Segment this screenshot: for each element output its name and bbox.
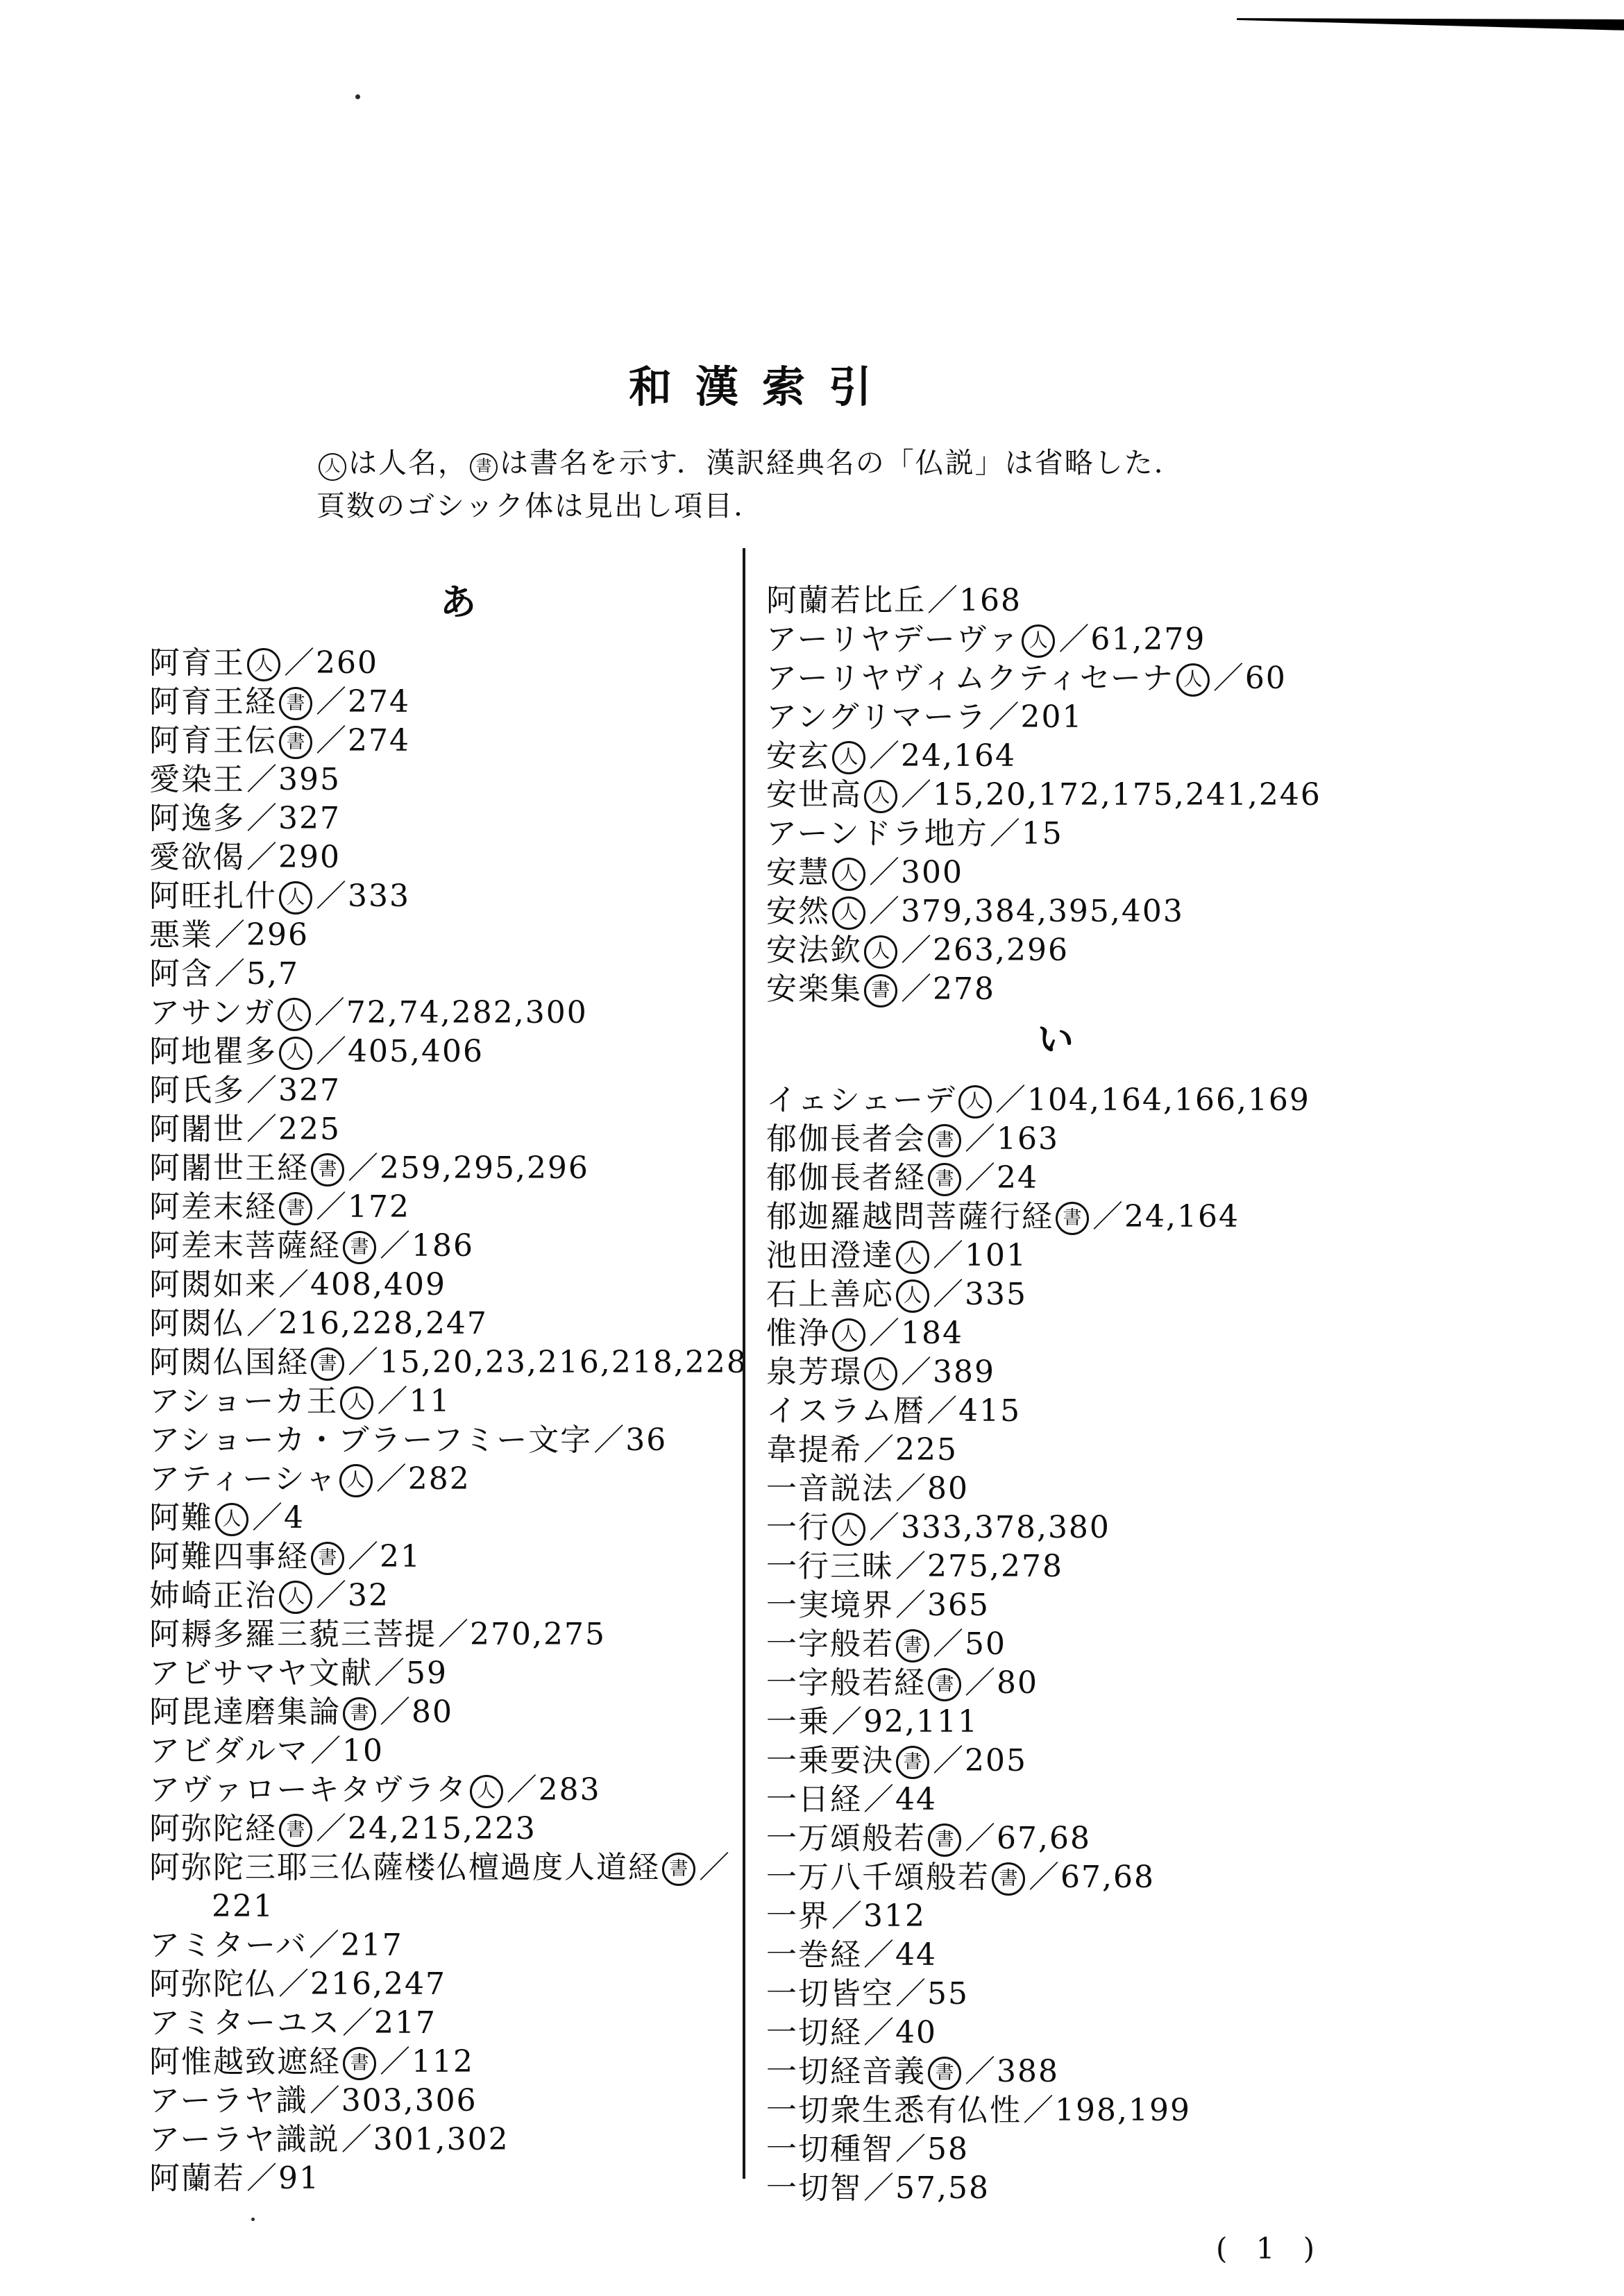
intro-line-2: 頁数のゴシック体は見出し項目． bbox=[316, 484, 1184, 527]
entry-term: アーリヤデーヴァ bbox=[766, 622, 1020, 657]
slash-separator: ／ bbox=[895, 1976, 926, 2012]
slash-separator: ／ bbox=[901, 777, 931, 813]
slash-separator: ／ bbox=[1092, 1199, 1123, 1234]
entry-pages: 24 bbox=[997, 1160, 1038, 1196]
slash-separator: ／ bbox=[314, 995, 345, 1030]
entry-term: 一切皆空 bbox=[766, 1976, 894, 2012]
entry-pages: 80 bbox=[927, 1471, 969, 1506]
entry-pages: 205 bbox=[965, 1743, 1027, 1778]
book-marker-icon: 書 bbox=[343, 1231, 376, 1264]
slash-separator: ／ bbox=[246, 1112, 277, 1147]
index-column-right: 阿蘭若比丘／168アーリヤデーヴァ人／61,279アーリヤヴィムクティセーナ人／… bbox=[766, 581, 1606, 2208]
entry-term: 愛欲偈 bbox=[149, 840, 245, 875]
entry-term: 阿閦仏国経 bbox=[149, 1345, 309, 1380]
entry-pages: 58 bbox=[927, 2132, 969, 2167]
entry-term: 一音説法 bbox=[766, 1471, 894, 1506]
book-marker-icon: 書 bbox=[992, 1862, 1025, 1896]
entry-term: 阿差末経 bbox=[149, 1189, 277, 1225]
slash-separator: ／ bbox=[863, 1782, 894, 1817]
slash-separator: ／ bbox=[901, 1354, 931, 1390]
slash-separator: ／ bbox=[341, 2122, 372, 2157]
index-entry: 姉崎正治人／32 bbox=[149, 1576, 746, 1615]
book-marker-icon: 書 bbox=[928, 2057, 961, 2090]
entry-pages: 11 bbox=[409, 1384, 450, 1419]
entry-pages: 300 bbox=[901, 855, 963, 890]
slash-separator: ／ bbox=[246, 801, 277, 836]
slash-separator: ／ bbox=[965, 1121, 995, 1157]
index-entry: 安法欽人／263,296 bbox=[766, 931, 1606, 970]
entry-term: 阿氏多 bbox=[149, 1073, 245, 1108]
slash-separator: ／ bbox=[342, 2005, 373, 2041]
entry-pages: 163 bbox=[997, 1121, 1059, 1157]
book-marker-icon: 書 bbox=[279, 687, 312, 720]
entry-pages: 40 bbox=[895, 2015, 937, 2050]
slash-separator: ／ bbox=[380, 1694, 410, 1730]
scan-speckle bbox=[355, 94, 360, 99]
index-entry: アティーシャ人／282 bbox=[149, 1460, 746, 1499]
index-entry: 阿弥陀三耶三仏薩楼仏檀過度人道経書／ bbox=[149, 1848, 746, 1887]
entry-term: アーラヤ識説 bbox=[149, 2122, 340, 2157]
entry-term: 阿閦仏 bbox=[149, 1306, 245, 1341]
entry-pages: 10 bbox=[342, 1733, 384, 1769]
book-marker-icon: 書 bbox=[896, 1746, 929, 1779]
entry-term: 姉崎正治 bbox=[149, 1578, 277, 1613]
person-marker-icon: 人 bbox=[1022, 624, 1055, 658]
index-entry: 一字般若書／50 bbox=[766, 1625, 1606, 1664]
entry-term: 一日経 bbox=[766, 1782, 862, 1817]
entry-pages: 274 bbox=[348, 684, 410, 720]
person-marker-icon: 人 bbox=[278, 998, 311, 1031]
entry-term: 阿弥陀仏 bbox=[149, 1966, 277, 2002]
entry-term: 一切経 bbox=[766, 2015, 862, 2050]
index-entry: 石上善応人／335 bbox=[766, 1275, 1606, 1314]
slash-separator: ／ bbox=[316, 878, 346, 914]
entry-pages: 388 bbox=[997, 2054, 1059, 2089]
index-entry: 一切皆空／55 bbox=[766, 1975, 1606, 2014]
entry-pages: 72,74,282,300 bbox=[346, 995, 588, 1030]
entry-pages: 260 bbox=[316, 645, 378, 681]
index-entry: 一切種智／58 bbox=[766, 2130, 1606, 2169]
index-entry: 泉芳璟人／389 bbox=[766, 1353, 1606, 1392]
book-marker-icon: 書 bbox=[864, 974, 897, 1007]
book-marker-icon: 書 bbox=[311, 1153, 344, 1187]
entry-term: 阿育王 bbox=[149, 645, 245, 681]
entry-term: 阿弥陀経 bbox=[149, 1811, 277, 1846]
entry-term: 一界 bbox=[766, 1898, 830, 1934]
entry-term: 阿難 bbox=[149, 1500, 213, 1536]
entry-term: 一切智 bbox=[766, 2170, 862, 2206]
slash-separator: ／ bbox=[901, 971, 931, 1007]
entry-term: 石上善応 bbox=[766, 1277, 894, 1312]
person-marker-icon: 人 bbox=[832, 858, 865, 891]
entry-pages: 67,68 bbox=[1060, 1860, 1155, 1895]
book-marker-icon: 書 bbox=[279, 726, 312, 759]
index-entry: 安楽集書／278 bbox=[766, 970, 1606, 1009]
book-marker-icon: 書 bbox=[343, 2047, 376, 2080]
entry-pages: 172 bbox=[348, 1189, 410, 1225]
entry-pages: 333 bbox=[348, 878, 410, 914]
entry-pages: 50 bbox=[965, 1626, 1006, 1662]
index-entry: 一巻経／44 bbox=[766, 1936, 1606, 1975]
slash-separator: ／ bbox=[933, 1238, 963, 1273]
index-entry: 一行三昧／275,278 bbox=[766, 1547, 1606, 1586]
slash-separator: ／ bbox=[965, 2054, 995, 2089]
entry-term: 阿育王経 bbox=[149, 684, 277, 720]
slash-separator: ／ bbox=[309, 1928, 339, 1963]
slash-separator: ／ bbox=[278, 1267, 309, 1302]
index-entry: 阿闍世王経書／259,295,296 bbox=[149, 1149, 746, 1188]
slash-separator: ／ bbox=[699, 1850, 729, 1885]
entry-pages: 270,275 bbox=[470, 1617, 606, 1652]
entry-pages: 303,306 bbox=[341, 2083, 477, 2118]
slash-separator: ／ bbox=[374, 1656, 405, 1691]
slash-separator: ／ bbox=[869, 1316, 899, 1351]
index-entry: アサンガ人／72,74,282,300 bbox=[149, 994, 746, 1032]
index-entry: アショーカ・ブラーフミー文字／36 bbox=[149, 1421, 746, 1460]
entry-pages: 112 bbox=[412, 2044, 474, 2080]
index-entry: 阿氏多／327 bbox=[149, 1071, 746, 1110]
entry-term: 池田澄達 bbox=[766, 1238, 894, 1273]
entry-pages: 275,278 bbox=[927, 1549, 1063, 1584]
index-entry: 阿蘭若比丘／168 bbox=[766, 581, 1606, 620]
entry-term: アビサマヤ文献 bbox=[149, 1656, 373, 1691]
index-entry: アヴァローキタヴラタ人／283 bbox=[149, 1771, 746, 1810]
slash-separator: ／ bbox=[310, 1733, 341, 1769]
index-entry: 安世高人／15,20,172,175,241,246 bbox=[766, 776, 1606, 815]
intro-note: 人は人名，書は書名を示す．漢訳経典名の「仏説」は省略した． 頁数のゴシック体は見… bbox=[316, 441, 1184, 527]
index-entry: 郁伽長者経書／24 bbox=[766, 1159, 1606, 1198]
index-entry: 阿差末経書／172 bbox=[149, 1188, 746, 1227]
slash-separator: ／ bbox=[310, 2083, 340, 2118]
slash-separator: ／ bbox=[933, 1277, 963, 1312]
entry-pages: 44 bbox=[895, 1937, 937, 1973]
index-entry: 一行人／333,378,380 bbox=[766, 1508, 1606, 1547]
index-entry: 阿耨多羅三藐三菩提／270,275 bbox=[149, 1615, 746, 1654]
entry-pages: 327 bbox=[278, 1073, 341, 1108]
index-entry: 阿難四事経書／21 bbox=[149, 1538, 746, 1576]
entry-term: アビダルマ bbox=[149, 1733, 309, 1769]
index-entry: 一切衆生悉有仏性／198,199 bbox=[766, 2091, 1606, 2130]
entry-pages: 274 bbox=[348, 723, 410, 758]
person-marker-icon: 人 bbox=[896, 1279, 929, 1313]
slash-separator: ／ bbox=[933, 1743, 963, 1778]
book-marker-icon: 書 bbox=[662, 1853, 695, 1886]
entry-term: イスラム暦 bbox=[766, 1393, 925, 1429]
book-marker-icon: 書 bbox=[928, 1823, 961, 1857]
person-marker-icon: 人 bbox=[319, 453, 346, 481]
index-entry: 愛欲偈／290 bbox=[149, 838, 746, 877]
index-entry: 一字般若経書／80 bbox=[766, 1664, 1606, 1703]
index-entry: 安慧人／300 bbox=[766, 853, 1606, 892]
slash-separator: ／ bbox=[380, 2044, 410, 2080]
book-marker-icon: 書 bbox=[928, 1163, 961, 1196]
entry-pages: 80 bbox=[412, 1694, 453, 1730]
index-entry: 阿閦如来／408,409 bbox=[149, 1266, 746, 1304]
entry-pages: 57,58 bbox=[895, 2170, 990, 2206]
entry-pages: 80 bbox=[997, 1665, 1038, 1701]
slash-separator: ／ bbox=[1058, 622, 1089, 657]
entry-term: 郁迦羅越問菩薩行経 bbox=[766, 1199, 1054, 1234]
person-marker-icon: 人 bbox=[279, 1581, 312, 1614]
person-marker-icon: 人 bbox=[832, 741, 865, 774]
slash-separator: ／ bbox=[1029, 1860, 1059, 1895]
slash-separator: ／ bbox=[869, 738, 899, 774]
index-entry: イェシェーデ人／104,164,166,169 bbox=[766, 1081, 1606, 1120]
entry-pages: 335 bbox=[965, 1277, 1027, 1312]
index-entry: 一万頌般若書／67,68 bbox=[766, 1819, 1606, 1858]
entry-term: 一乗 bbox=[766, 1704, 830, 1740]
index-entry: 阿閦仏国経書／15,20,23,216,218,228 bbox=[149, 1343, 746, 1382]
slash-separator: ／ bbox=[246, 1073, 277, 1108]
slash-separator: ／ bbox=[863, 2170, 894, 2206]
slash-separator: ／ bbox=[831, 1704, 862, 1740]
book-marker-icon: 書 bbox=[343, 1697, 376, 1730]
intro-text: は人名， bbox=[348, 446, 468, 479]
entry-term: 阿惟越致遮経 bbox=[149, 2044, 341, 2080]
scan-speckle bbox=[251, 2218, 255, 2221]
entry-pages: 282 bbox=[408, 1461, 471, 1497]
entry-pages: 216,228,247 bbox=[278, 1306, 488, 1341]
entry-term: アーンドラ地方 bbox=[766, 816, 988, 851]
person-marker-icon: 人 bbox=[340, 1386, 373, 1420]
index-entry: 惟浄人／184 bbox=[766, 1314, 1606, 1353]
index-entry: アーンドラ地方／15 bbox=[766, 815, 1606, 853]
entry-pages: 15 bbox=[1022, 816, 1063, 851]
entry-term: 阿閦如来 bbox=[149, 1267, 277, 1302]
entry-term: 阿育王伝 bbox=[149, 723, 277, 758]
person-marker-icon: 人 bbox=[247, 648, 280, 681]
index-entry: アミターバ／217 bbox=[149, 1926, 746, 1965]
slash-separator: ／ bbox=[895, 1471, 926, 1506]
slash-separator: ／ bbox=[895, 1588, 926, 1623]
index-entry: アーラヤ識／303,306 bbox=[149, 2082, 746, 2120]
entry-term: 安世高 bbox=[766, 777, 862, 813]
entry-term: 安楽集 bbox=[766, 971, 862, 1007]
slash-separator: ／ bbox=[316, 684, 346, 720]
entry-pages: 24,164 bbox=[1124, 1199, 1240, 1234]
slash-separator: ／ bbox=[246, 1306, 277, 1341]
index-entry: 阿惟越致遮経書／112 bbox=[149, 2043, 746, 2082]
entry-term: 阿地瞿多 bbox=[149, 1034, 277, 1069]
slash-separator: ／ bbox=[316, 1578, 346, 1613]
entry-term: 阿闍世王経 bbox=[149, 1150, 309, 1186]
entry-pages: 283 bbox=[539, 1772, 601, 1808]
entry-pages: 21 bbox=[380, 1539, 421, 1574]
entry-pages: 198,199 bbox=[1055, 2093, 1191, 2128]
entry-term: 阿毘達磨集論 bbox=[149, 1694, 341, 1730]
index-entry: 阿闍世／225 bbox=[149, 1110, 746, 1149]
slash-separator: ／ bbox=[869, 855, 899, 890]
entry-term: アショーカ王 bbox=[149, 1384, 338, 1419]
book-marker-icon: 書 bbox=[928, 1124, 961, 1157]
index-entry: 愛染王／395 bbox=[149, 760, 746, 799]
index-entry: 一切智／57,58 bbox=[766, 2169, 1606, 2208]
index-entry: 一日経／44 bbox=[766, 1780, 1606, 1819]
index-entry: アビサマヤ文献／59 bbox=[149, 1654, 746, 1693]
slash-separator: ／ bbox=[1213, 661, 1244, 696]
index-entry: アーリヤデーヴァ人／61,279 bbox=[766, 620, 1606, 659]
entry-pages: 221 bbox=[212, 1889, 274, 1924]
entry-term: 一実境界 bbox=[766, 1588, 894, 1623]
index-entry: 阿蘭若／91 bbox=[149, 2159, 746, 2198]
slash-separator: ／ bbox=[316, 723, 346, 758]
entry-term: アーラヤ識 bbox=[149, 2083, 308, 2118]
entry-term: アングリマーラ bbox=[766, 699, 987, 735]
book-marker-icon: 書 bbox=[1056, 1202, 1089, 1235]
entry-pages: 61,279 bbox=[1090, 622, 1206, 657]
entry-pages: 36 bbox=[625, 1422, 667, 1458]
entry-pages: 278 bbox=[933, 971, 995, 1007]
entry-term: 阿弥陀三耶三仏薩楼仏檀過度人道経 bbox=[149, 1850, 660, 1885]
entry-term: アショーカ・ブラーフミー文字 bbox=[149, 1422, 592, 1458]
slash-separator: ／ bbox=[965, 1665, 995, 1701]
index-entry: 一乗／92,111 bbox=[766, 1703, 1606, 1742]
entry-term: 阿難四事経 bbox=[149, 1539, 309, 1574]
index-entry: 阿育王伝書／274 bbox=[149, 722, 746, 760]
entry-pages: 379,384,395,403 bbox=[901, 894, 1184, 929]
page-title: 和漢索引 bbox=[629, 352, 895, 414]
slash-separator: ／ bbox=[507, 1772, 537, 1808]
entry-term: 一切種智 bbox=[766, 2132, 894, 2167]
slash-separator: ／ bbox=[348, 1150, 378, 1186]
index-entry: 阿育王人／260 bbox=[149, 644, 746, 683]
slash-separator: ／ bbox=[988, 699, 1019, 735]
slash-separator: ／ bbox=[246, 840, 277, 875]
book-marker-icon: 書 bbox=[311, 1347, 344, 1381]
index-entry: イスラム暦／415 bbox=[766, 1392, 1606, 1431]
person-marker-icon: 人 bbox=[864, 1357, 897, 1391]
slash-separator: ／ bbox=[965, 1160, 995, 1196]
index-entry: 阿弥陀仏／216,247 bbox=[149, 1965, 746, 2004]
entry-term: 郁伽長者会 bbox=[766, 1121, 926, 1157]
slash-separator: ／ bbox=[380, 1228, 410, 1264]
entry-term: 阿蘭若 bbox=[149, 2161, 245, 2196]
section-header: い bbox=[766, 1020, 1606, 1060]
entry-pages: 263,296 bbox=[933, 933, 1069, 968]
index-entry: 阿弥陀経書／24,215,223 bbox=[149, 1810, 746, 1848]
entry-pages: 327 bbox=[278, 801, 341, 836]
index-column-left: あ阿育王人／260阿育王経書／274阿育王伝書／274愛染王／395阿逸多／32… bbox=[149, 583, 746, 2198]
slash-separator: ／ bbox=[214, 917, 245, 953]
person-marker-icon: 人 bbox=[864, 935, 897, 969]
entry-pages: 333,378,380 bbox=[901, 1510, 1110, 1545]
entry-term: 阿含 bbox=[149, 956, 213, 992]
entry-pages: 296 bbox=[246, 917, 309, 953]
person-marker-icon: 人 bbox=[215, 1503, 248, 1536]
entry-pages: 405,406 bbox=[348, 1034, 484, 1069]
book-marker-icon: 書 bbox=[470, 453, 498, 481]
index-entry: 阿毘達磨集論書／80 bbox=[149, 1693, 746, 1732]
entry-term: 安玄 bbox=[766, 738, 830, 774]
entry-pages: 312 bbox=[863, 1898, 926, 1934]
index-entry: 阿差末菩薩経書／186 bbox=[149, 1227, 746, 1266]
index-entry: 一切経／40 bbox=[766, 2014, 1606, 2052]
index-entry: アビダルマ／10 bbox=[149, 1732, 746, 1771]
index-entry: 一万八千頌般若書／67,68 bbox=[766, 1858, 1606, 1897]
slash-separator: ／ bbox=[316, 1034, 346, 1069]
entry-term: アティーシャ bbox=[149, 1461, 337, 1497]
slash-separator: ／ bbox=[901, 933, 931, 968]
index-entry: 阿地瞿多人／405,406 bbox=[149, 1032, 746, 1071]
index-entry: 阿逸多／327 bbox=[149, 799, 746, 838]
index-entry-continuation: 221 bbox=[149, 1887, 746, 1926]
entry-term: アーリヤヴィムクティセーナ bbox=[766, 661, 1174, 696]
page-number: ( 1 ) bbox=[1216, 2231, 1324, 2265]
person-marker-icon: 人 bbox=[339, 1464, 373, 1497]
entry-term: アヴァローキタヴラタ bbox=[149, 1772, 468, 1808]
entry-term: 安慧 bbox=[766, 855, 830, 890]
person-marker-icon: 人 bbox=[279, 881, 312, 915]
person-marker-icon: 人 bbox=[832, 896, 865, 930]
entry-pages: 201 bbox=[1020, 699, 1083, 735]
entry-term: アミターユス bbox=[149, 2005, 341, 2041]
slash-separator: ／ bbox=[965, 1821, 995, 1856]
entry-pages: 225 bbox=[895, 1432, 958, 1468]
slash-separator: ／ bbox=[863, 1432, 894, 1468]
intro-line-1: 人は人名，書は書名を示す．漢訳経典名の「仏説」は省略した． bbox=[316, 441, 1184, 484]
slash-separator: ／ bbox=[252, 1500, 282, 1536]
entry-term: 阿闍世 bbox=[149, 1112, 245, 1147]
index-entry: アミターユス／217 bbox=[149, 2004, 746, 2043]
slash-separator: ／ bbox=[895, 2132, 926, 2167]
entry-pages: 259,295,296 bbox=[380, 1150, 589, 1186]
index-entry: 郁伽長者会書／163 bbox=[766, 1120, 1606, 1159]
slash-separator: ／ bbox=[246, 762, 277, 797]
entry-pages: 301,302 bbox=[373, 2122, 509, 2157]
slash-separator: ／ bbox=[927, 1393, 957, 1429]
slash-separator: ／ bbox=[593, 1422, 624, 1458]
entry-pages: 15,20,23,216,218,228 bbox=[380, 1345, 747, 1380]
entry-term: 一巻経 bbox=[766, 1937, 862, 1973]
entry-term: 阿旺扎什 bbox=[149, 878, 277, 914]
entry-pages: 44 bbox=[895, 1782, 937, 1817]
entry-pages: 92,111 bbox=[863, 1704, 979, 1740]
slash-separator: ／ bbox=[990, 816, 1020, 851]
entry-term: 安然 bbox=[766, 894, 830, 929]
entry-pages: 365 bbox=[927, 1588, 990, 1623]
entry-term: アミターバ bbox=[149, 1928, 307, 1963]
entry-term: 一行 bbox=[766, 1510, 830, 1545]
person-marker-icon: 人 bbox=[832, 1513, 865, 1546]
index-entry: 一音説法／80 bbox=[766, 1470, 1606, 1508]
slash-separator: ／ bbox=[831, 1898, 862, 1934]
index-entry: 池田澄達人／101 bbox=[766, 1236, 1606, 1275]
entry-pages: 168 bbox=[959, 583, 1022, 618]
entry-pages: 395 bbox=[278, 762, 341, 797]
index-entry: 安玄人／24,164 bbox=[766, 737, 1606, 776]
entry-term: 一字般若 bbox=[766, 1626, 894, 1662]
entry-term: 一切経音義 bbox=[766, 2054, 926, 2089]
person-marker-icon: 人 bbox=[896, 1241, 929, 1274]
entry-term: 阿逸多 bbox=[149, 801, 245, 836]
index-entry: 阿旺扎什人／333 bbox=[149, 877, 746, 916]
intro-text: は書名を示す．漢訳経典名の「仏説」は省略した． bbox=[500, 446, 1184, 479]
entry-term: 愛染王 bbox=[149, 762, 245, 797]
entry-pages: 15,20,172,175,241,246 bbox=[933, 777, 1321, 813]
entry-term: 泉芳璟 bbox=[766, 1354, 862, 1390]
slash-separator: ／ bbox=[377, 1384, 407, 1419]
entry-pages: 104,164,166,169 bbox=[1027, 1082, 1310, 1118]
slash-separator: ／ bbox=[278, 1966, 309, 2002]
entry-pages: 55 bbox=[927, 1976, 969, 2012]
slash-separator: ／ bbox=[348, 1345, 378, 1380]
entry-pages: 24,164 bbox=[901, 738, 1016, 774]
index-entry: 郁迦羅越問菩薩行経書／24,164 bbox=[766, 1198, 1606, 1236]
entry-term: 悪業 bbox=[149, 917, 213, 953]
index-entry: 韋提希／225 bbox=[766, 1431, 1606, 1470]
entry-pages: 32 bbox=[348, 1578, 389, 1613]
index-entry: 一乗要決書／205 bbox=[766, 1742, 1606, 1780]
